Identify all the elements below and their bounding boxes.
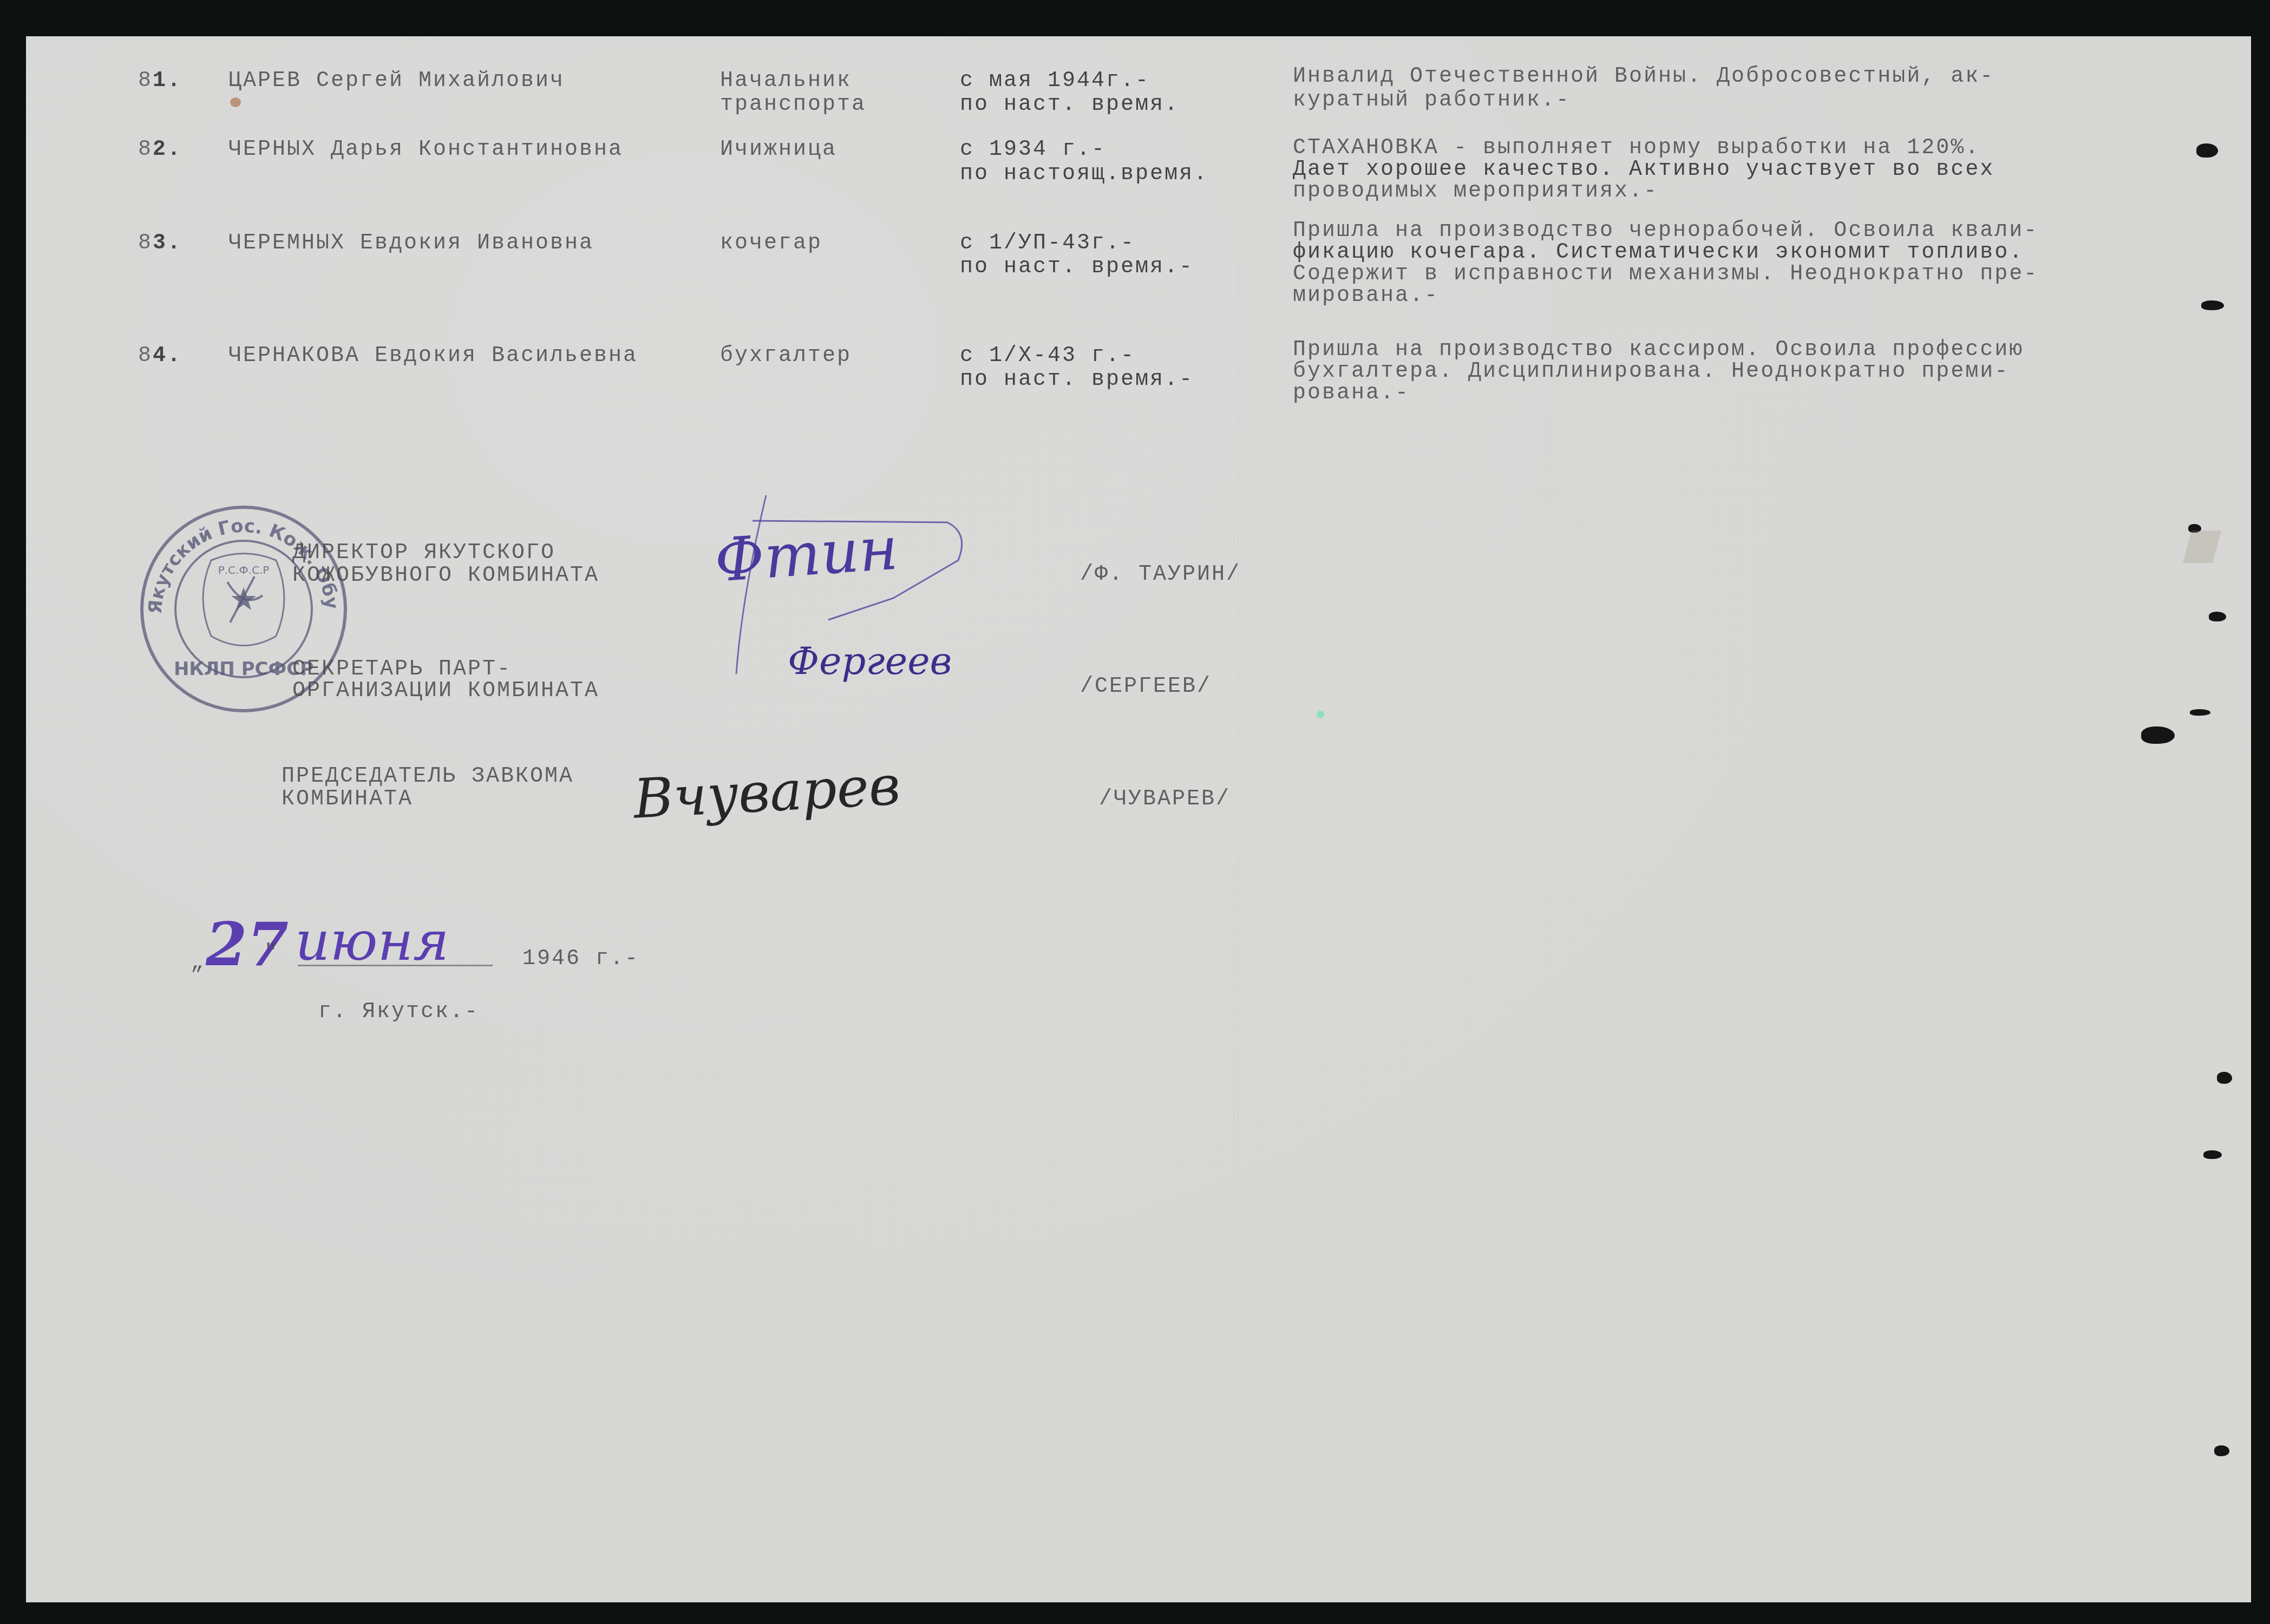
signatory-name: /ЧУВАРЕВ/ xyxy=(1099,788,1231,811)
punch-hole xyxy=(2141,726,2175,744)
signatory-name: /Ф. ТАУРИН/ xyxy=(1080,563,1241,587)
entry-name: ЧЕРЕМНЫХ Евдокия Ивановна xyxy=(228,232,594,256)
date-place: г. Якутск.- xyxy=(318,1000,479,1024)
entry-number: 82. xyxy=(138,138,182,162)
entry-period: с 1/Х-43 г.- xyxy=(960,344,1135,368)
entry-name: ЧЕРНЫХ Дарья Константиновна xyxy=(228,138,623,162)
entry-period: с 1934 г.- xyxy=(960,138,1106,162)
entry-position: бухгалтер xyxy=(720,344,852,368)
punch-hole xyxy=(2214,1445,2229,1456)
entry-characteristic: рована.- xyxy=(1293,382,1410,405)
entry-position: транспорта xyxy=(720,93,866,117)
punch-hole xyxy=(2201,300,2224,310)
entry-characteristic: СТАХАНОВКА - выполняет норму выработки н… xyxy=(1293,136,1980,160)
entry-name: ЧЕРНАКОВА Евдокия Васильевна xyxy=(228,344,638,368)
entry-number: 83. xyxy=(138,232,182,256)
entry-name: ЦАРЕВ Сергей Михайлович xyxy=(228,69,565,93)
entry-characteristic: фикацию кочегара. Систематически экономи… xyxy=(1293,241,2024,265)
signatory-title: ДИРЕКТОР ЯКУТСКОГО xyxy=(292,541,555,565)
signatory-title: ПРЕДСЕДАТЕЛЬ ЗАВКОМА xyxy=(282,765,574,789)
entry-characteristic: Содержит в исправности механизмы. Неодно… xyxy=(1293,263,2038,286)
entry-characteristic: Инвалид Отечественной Войны. Добросовест… xyxy=(1293,65,1994,89)
entry-position: Начальник xyxy=(720,69,852,93)
date-year: 1946 г.- xyxy=(522,947,639,971)
signatory-title: ОРГАНИЗАЦИИ КОМБИНАТА xyxy=(292,679,599,703)
entry-position: Ичижница xyxy=(720,138,837,162)
entry-characteristic: Пришла на производство чернорабочей. Осв… xyxy=(1293,219,2038,243)
punch-hole xyxy=(2217,1072,2232,1084)
entry-number: 81. xyxy=(138,69,182,93)
entry-characteristic: мирована.- xyxy=(1293,284,1439,308)
svg-text:Р.С.Ф.С.Р: Р.С.Ф.С.Р xyxy=(218,564,270,577)
entry-period: по настоящ.время. xyxy=(960,162,1208,186)
signatory-title: КОМБИНАТА xyxy=(282,788,413,811)
date-underline xyxy=(298,965,493,966)
entry-characteristic: Дает хорошее качество. Активно участвует… xyxy=(1293,158,1994,182)
entry-period: по наст. время.- xyxy=(960,256,1194,279)
punch-hole xyxy=(2203,1150,2222,1159)
entry-position: кочегар xyxy=(720,232,822,256)
ink-blot xyxy=(230,97,241,107)
punch-hole xyxy=(2209,612,2226,621)
entry-period: по наст. время.- xyxy=(960,368,1194,392)
date-month: июня xyxy=(295,909,449,973)
entry-characteristic: Пришла на производство кассиром. Освоила… xyxy=(1293,338,2024,362)
entry-period: с 1/УП-43г.- xyxy=(960,232,1135,256)
entry-period: по наст. время. xyxy=(960,93,1179,117)
date-open-quote: „ xyxy=(191,952,205,975)
handwritten-signature: Фергеев xyxy=(788,639,952,683)
punch-hole xyxy=(2196,143,2218,158)
entry-characteristic: куратный работник.- xyxy=(1293,89,1571,113)
signatory-title: КОЖОБУВНОГО КОМБИНАТА xyxy=(292,564,599,588)
entry-characteristic: бухгалтера. Дисциплинирована. Неоднократ… xyxy=(1293,360,2009,384)
punch-hole xyxy=(2190,709,2210,716)
fold-crease xyxy=(1238,36,1240,1602)
signatory-title: СЕКРЕТАРЬ ПАРТ- xyxy=(292,658,512,682)
signatory-name: /СЕРГЕЕВ/ xyxy=(1080,675,1212,699)
entry-characteristic: проводимых мероприятиях.- xyxy=(1293,180,1658,204)
date-close-quote: " xyxy=(264,942,279,966)
entry-number: 84. xyxy=(138,344,182,368)
green-speck xyxy=(1317,711,1324,718)
entry-period: с мая 1944г.- xyxy=(960,69,1150,93)
